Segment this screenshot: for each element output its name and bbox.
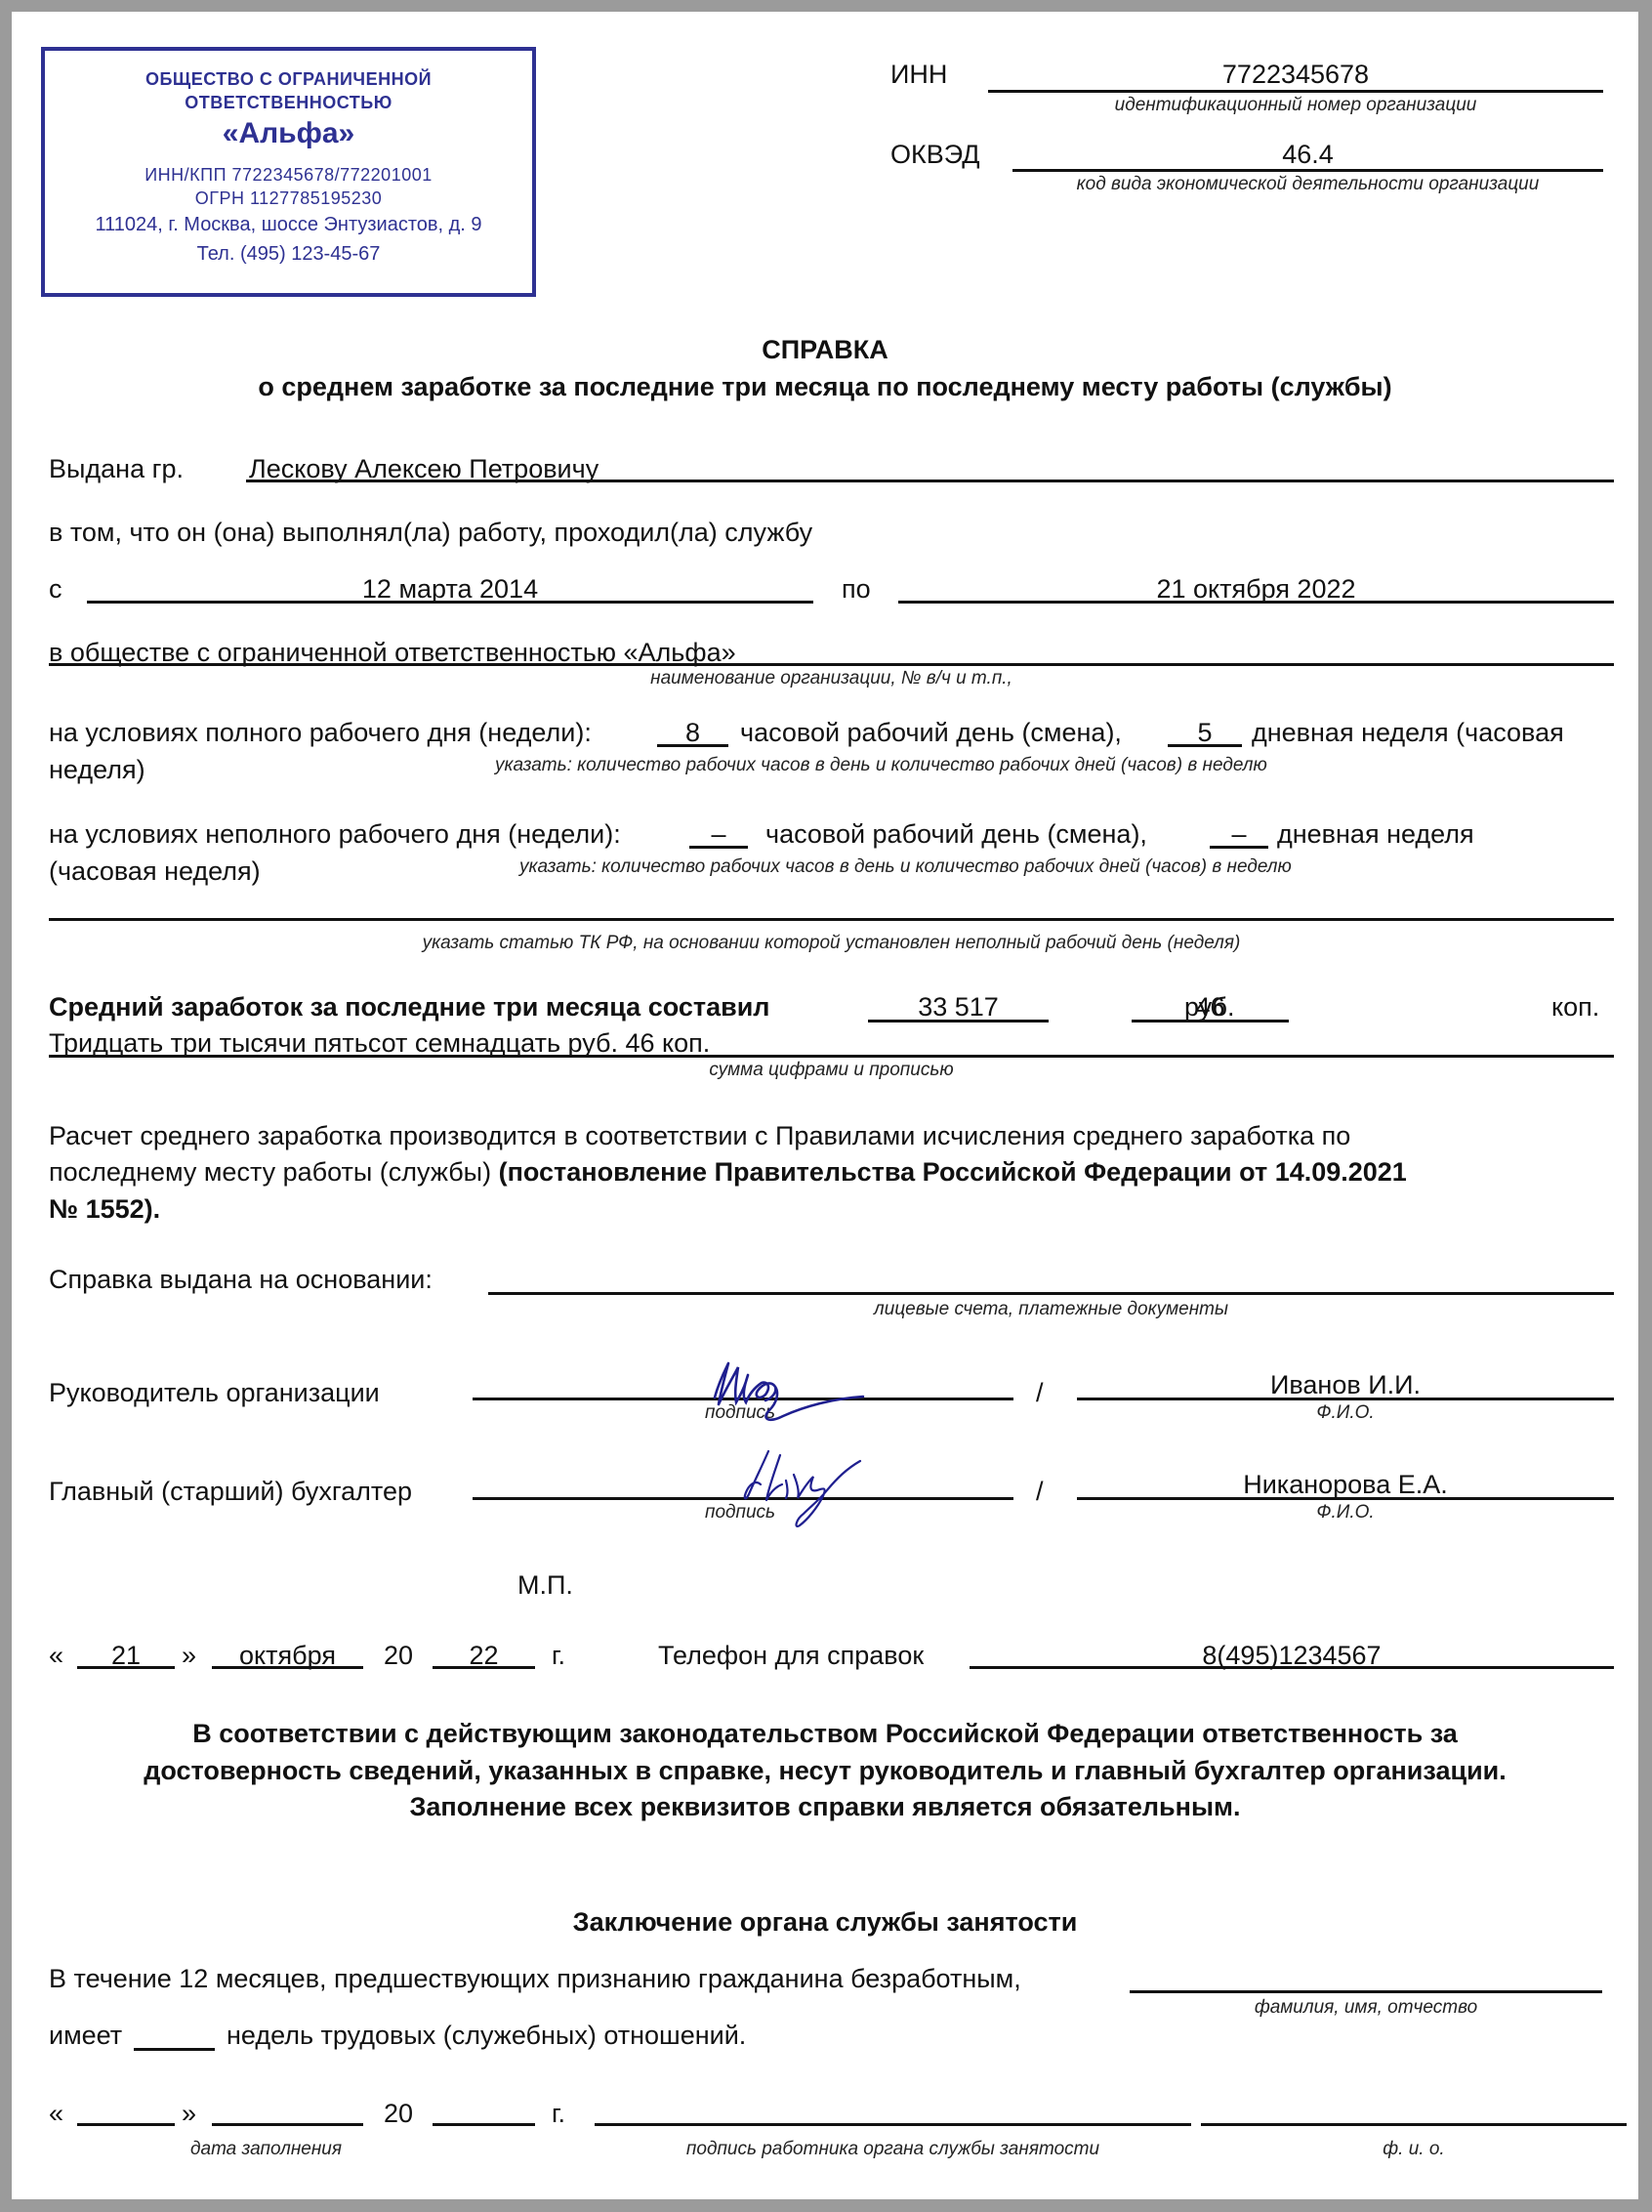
calc-text-bold: (постановление Правительства Российской … bbox=[499, 1157, 1407, 1187]
full-time-text-2: часовой рабочий день (смена), bbox=[740, 717, 1122, 748]
full-time-days[interactable]: 5 bbox=[1168, 717, 1242, 748]
to-date[interactable]: 21 октября 2022 bbox=[898, 573, 1614, 605]
okved-caption: код вида экономической деятельности орга… bbox=[1012, 174, 1603, 195]
organization-caption: наименование организации, № в/ч и т.п., bbox=[49, 668, 1614, 689]
document-subtitle: о среднем заработке за последние три мес… bbox=[12, 371, 1638, 402]
article-caption: указать статью ТК РФ, на основании котор… bbox=[49, 933, 1614, 954]
officer-signature-caption: подпись работника органа службы занятост… bbox=[595, 2139, 1191, 2160]
stamp-company-name: «Альфа» bbox=[45, 117, 532, 150]
name-head[interactable]: Иванов И.И. bbox=[1077, 1369, 1614, 1400]
part-time-days[interactable]: – bbox=[1210, 818, 1268, 850]
from-date[interactable]: 12 марта 2014 bbox=[87, 573, 813, 605]
officer-fio-caption: ф. и. о. bbox=[1201, 2139, 1627, 2160]
issue-month[interactable]: октября bbox=[212, 1640, 363, 1671]
part-time-caption: указать: количество рабочих часов в день… bbox=[519, 856, 1292, 878]
salary-words[interactable]: Тридцать три тысячи пятьсот семнадцать р… bbox=[49, 1027, 710, 1059]
organization-name[interactable]: в обществе с ограниченной ответственност… bbox=[49, 637, 736, 668]
signature-role-accountant: Главный (старший) бухгалтер bbox=[49, 1476, 412, 1507]
stamp-line-2: ОТВЕТСТВЕННОСТЬЮ bbox=[45, 92, 532, 113]
part-time-text-4: (часовая неделя) bbox=[49, 856, 261, 887]
full-time-text-4: неделя) bbox=[49, 754, 145, 785]
notice-line-3: Заполнение всех реквизитов справки являе… bbox=[12, 1791, 1638, 1822]
basis-label: Справка выдана на основании: bbox=[49, 1264, 433, 1295]
employment-service-title: Заключение органа службы занятости bbox=[12, 1906, 1638, 1938]
to-label: по bbox=[842, 573, 871, 605]
organization-stamp: ОБЩЕСТВО С ОГРАНИЧЕННОЙ ОТВЕТСТВЕННОСТЬЮ… bbox=[41, 47, 536, 297]
full-time-text-3: дневная неделя (часовая bbox=[1252, 717, 1564, 748]
kop-value[interactable]: 46 bbox=[1132, 991, 1289, 1023]
employment-text-1: В течение 12 месяцев, предшествующих при… bbox=[49, 1963, 1021, 1994]
calc-text-normal: последнему месту работы (службы) bbox=[49, 1157, 499, 1187]
phone-value[interactable]: 8(495)1234567 bbox=[970, 1640, 1614, 1671]
fill-day-underline[interactable] bbox=[77, 2123, 175, 2126]
date-close-quote: » bbox=[182, 1640, 196, 1671]
issue-year[interactable]: 22 bbox=[433, 1640, 535, 1671]
handwritten-signature-head bbox=[707, 1354, 892, 1432]
date-open-quote: « bbox=[49, 1640, 63, 1671]
full-time-caption: указать: количество рабочих часов в день… bbox=[495, 755, 1267, 776]
part-time-text-2: часовой рабочий день (смена), bbox=[765, 818, 1147, 850]
salary-words-caption: сумма цифрами и прописью bbox=[49, 1060, 1614, 1081]
document-page: ОБЩЕСТВО С ОГРАНИЧЕННОЙ ОТВЕТСТВЕННОСТЬЮ… bbox=[12, 12, 1638, 2199]
signature-slash-head: / bbox=[1036, 1377, 1044, 1408]
weeks-underline bbox=[134, 2048, 215, 2051]
notice-line-2: достоверность сведений, указанных в спра… bbox=[12, 1755, 1638, 1786]
issued-label: Выдана гр. bbox=[49, 453, 184, 484]
from-label: с bbox=[49, 573, 62, 605]
fill-century: 20 bbox=[384, 2098, 413, 2129]
fill-month-underline[interactable] bbox=[212, 2123, 363, 2126]
inn-label: ИНН bbox=[890, 59, 947, 90]
part-time-hours[interactable]: – bbox=[689, 818, 748, 850]
work-statement: в том, что он (она) выполнял(ла) работу,… bbox=[49, 517, 812, 548]
fio-caption: фамилия, имя, отчество bbox=[1130, 1997, 1602, 2019]
name-caption-head: Ф.И.О. bbox=[1077, 1402, 1614, 1424]
basis-underline bbox=[488, 1292, 1614, 1295]
full-time-hours[interactable]: 8 bbox=[657, 717, 728, 748]
okved-value[interactable]: 46.4 bbox=[1012, 139, 1603, 170]
kop-label: коп. bbox=[1551, 991, 1599, 1023]
signature-slash-accountant: / bbox=[1036, 1476, 1044, 1507]
handwritten-signature-accountant bbox=[729, 1445, 895, 1535]
signature-role-head: Руководитель организации bbox=[49, 1377, 380, 1408]
full-time-text-1: на условиях полного рабочего дня (недели… bbox=[49, 717, 592, 748]
employee-name[interactable]: Лескову Алексею Петровичу bbox=[249, 453, 599, 484]
fill-date-close-quote: » bbox=[182, 2098, 196, 2129]
fill-year-suffix: г. bbox=[552, 2098, 565, 2129]
notice-line-1: В соответствии с действующим законодател… bbox=[12, 1718, 1638, 1749]
fill-year-underline[interactable] bbox=[433, 2123, 535, 2126]
seal-label: М.П. bbox=[517, 1569, 573, 1601]
officer-signature-underline[interactable] bbox=[595, 2123, 1191, 2126]
fill-date-caption: дата заполнения bbox=[190, 2139, 342, 2160]
issue-day[interactable]: 21 bbox=[77, 1640, 175, 1671]
fill-date-open-quote: « bbox=[49, 2098, 63, 2129]
document-title: СПРАВКА bbox=[12, 334, 1638, 365]
part-time-text-1: на условиях неполного рабочего дня (неде… bbox=[49, 818, 621, 850]
calc-text-line-3: № 1552). bbox=[49, 1193, 160, 1225]
stamp-line-1: ОБЩЕСТВО С ОГРАНИЧЕННОЙ bbox=[45, 68, 532, 90]
name-accountant[interactable]: Никанорова Е.А. bbox=[1077, 1469, 1614, 1500]
basis-caption: лицевые счета, платежные документы bbox=[488, 1299, 1614, 1320]
name-caption-accountant: Ф.И.О. bbox=[1077, 1502, 1614, 1523]
article-underline bbox=[49, 918, 1614, 921]
officer-fio-underline[interactable] bbox=[1201, 2123, 1627, 2126]
employment-text-2a: имеет bbox=[49, 2020, 122, 2051]
part-time-text-3: дневная неделя bbox=[1277, 818, 1474, 850]
calc-text-line-1: Расчет среднего заработка производится в… bbox=[49, 1120, 1350, 1151]
rub-value[interactable]: 33 517 bbox=[868, 991, 1049, 1023]
fio-underline bbox=[1130, 1990, 1602, 1993]
inn-underline bbox=[988, 90, 1603, 93]
calc-text-line-2: последнему месту работы (службы) (постан… bbox=[49, 1156, 1407, 1188]
inn-value[interactable]: 7722345678 bbox=[988, 59, 1603, 90]
stamp-address: 111024, г. Москва, шоссе Энтузиастов, д.… bbox=[45, 213, 532, 236]
issue-century: 20 bbox=[384, 1640, 413, 1671]
salary-label: Средний заработок за последние три месяц… bbox=[49, 991, 769, 1023]
phone-label: Телефон для справок bbox=[658, 1640, 924, 1671]
stamp-inn-kpp: ИНН/КПП 7722345678/772201001 bbox=[45, 164, 532, 186]
stamp-phone: Тел. (495) 123-45-67 bbox=[45, 242, 532, 266]
employment-text-2b: недель трудовых (служебных) отношений. bbox=[227, 2020, 746, 2051]
stamp-ogrn: ОГРН 1127785195230 bbox=[45, 188, 532, 209]
okved-label: ОКВЭД bbox=[890, 139, 980, 170]
inn-caption: идентификационный номер организации bbox=[988, 95, 1603, 116]
year-suffix: г. bbox=[552, 1640, 565, 1671]
